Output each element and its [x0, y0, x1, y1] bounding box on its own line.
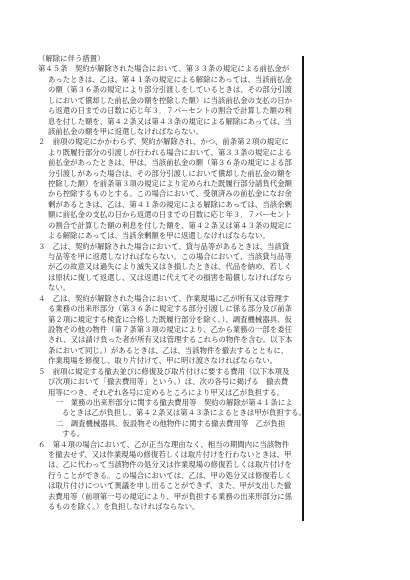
text-line: ない。: [38, 283, 298, 293]
text-line: から控除するものとする。この場合において、受領済みの前払金になお余: [38, 189, 298, 199]
text-line: ４ 乙は、契約が解除された場合において、作業現場に乙が所有又は管理す: [38, 294, 298, 304]
text-line: 該前払金の額を甲に返還しなければならない。: [38, 127, 298, 137]
text-line: る業務の出来形部分（第３６条に規定する部分引渡しに係る部分及び前条: [38, 304, 298, 314]
text-line: され、又は請け負った者が所有又は管理するこれらの物件を含む。以下本: [38, 335, 298, 345]
text-line: を撤去せず、又は作業現場の修復若しくは取片付けを行わないときは、甲: [38, 450, 298, 460]
text-line: 分引渡しがあった場合は、その部分引渡しにおいて償却した前払金の額を: [38, 169, 298, 179]
text-line: する。: [38, 429, 298, 439]
text-line: ５ 前項に規定する撤去並びに修復及び取片付けに要する費用（以下本項及: [38, 367, 298, 377]
text-line: 第２項に規定する検査に合格した既履行部分を除く。）、調査機械器具、仮: [38, 315, 298, 325]
text-line: は原状に復して返還し、又は返還に代えてその損害を賠償しなければなら: [38, 273, 298, 283]
text-line: 行うことができる。この場合においては、乙は、甲の処分又は修復若しく: [38, 471, 298, 481]
text-line: 前払金があったときは、甲は、当該前払金の額（第３６条の規定による部: [38, 158, 298, 168]
contract-text-block: （解除に伴う措置）第４５条 契約が解除された場合において、第３３条の規定による前…: [38, 54, 298, 513]
text-line: 一 業務の出来形部分に関する撤去費用等 契約の解除が第４１条によ: [38, 398, 298, 408]
text-line: の割合で計算した額の利息を付した額を、第４２条又は第４３条の規定に: [38, 221, 298, 231]
text-line: は取片付けについて異議を申し出ることができず、また、甲が支出した撤: [38, 481, 298, 491]
text-line: び次項において「撤去費用等」という。）は、次の各号に掲げる 撤去費: [38, 377, 298, 387]
text-line: しにおいて償却した前払金の額を控除した額）に当該前払金の支払の日か: [38, 96, 298, 106]
text-line: の額（第３６条の規定により部分引渡しをしているときは、その部分引渡: [38, 85, 298, 95]
text-line: 控除した額）を前条第３項の規定により定められた既履行部分請負代金額: [38, 179, 298, 189]
text-line: るものを除く。）を負担しなければならない。: [38, 502, 298, 512]
text-line: 作業現場を修復し、取り片付けて、甲に明け渡さなければならない。: [38, 356, 298, 366]
text-line: 額に前払金の支払の日から返還の日までの日数に応じ年３．７パーセント: [38, 210, 298, 220]
text-line: 与品等を甲に返還しなければならない。この場合において、当該貸与品等: [38, 252, 298, 262]
text-line: 剰があるときは、乙は、第４１条の規定による解除にあっては、当該余剰: [38, 200, 298, 210]
text-line: 去費用等（前項第一号の規定により、甲が負担する業務の出来形部分に係: [38, 492, 298, 502]
revision-mark-line: [302, 56, 304, 521]
text-line: るときは乙が負担し、第４２条又は第４３条によるときは甲が負担する。: [38, 408, 298, 418]
text-line: は、乙に代わって当該物件の処分又は作業現場の修復若しくは取片付けを: [38, 460, 298, 470]
text-line: より既履行部分の引渡しが行われる場合において、第３３条の規定による: [38, 148, 298, 158]
text-line: 条において同じ。）があるときは、乙は、当該物件を撤去するとともに、: [38, 346, 298, 356]
text-line: （解除に伴う措置）: [38, 54, 298, 64]
text-line: よる解除にあっては、当該余剰額を甲に返還しなければならない。: [38, 231, 298, 241]
text-line: 第４５条 契約が解除された場合において、第３３条の規定による前払金が: [38, 64, 298, 74]
text-line: ６ 第４項の場合において、乙が正当な理由なく、相当の期間内に当該物件: [38, 440, 298, 450]
text-line: 二 調査機械器具、仮設物その他物件に関する撤去費用等 乙が負担: [38, 419, 298, 429]
text-line: あったときは、乙は、第４１条の規定による解除にあっては、当該前払金: [38, 75, 298, 85]
text-line: 用等につき、それぞれ各号に定めるところにより甲又は乙が負担する。: [38, 388, 298, 398]
text-line: ３ 乙は、契約が解除された場合において、貸与品等があるときは、当該貸: [38, 242, 298, 252]
document-page: （解除に伴う措置）第４５条 契約が解除された場合において、第３３条の規定による前…: [0, 0, 410, 580]
text-line: ら返還の日までの日数に応じ年３．７パーセントの割合で計算した額の利: [38, 106, 298, 116]
text-line: ２ 前項の規定にかかわらず、契約が解除され、かつ、前条第２項の規定に: [38, 137, 298, 147]
text-line: 息を付した額を、第４２条又は第４３条の規定による解除にあっては、当: [38, 117, 298, 127]
text-line: 設物その他の物件（第７条第３項の規定により、乙から業務の一部を委任: [38, 325, 298, 335]
text-line: が乙の故意又は過失により滅失又はき損したときは、代品を納め、若しく: [38, 262, 298, 272]
